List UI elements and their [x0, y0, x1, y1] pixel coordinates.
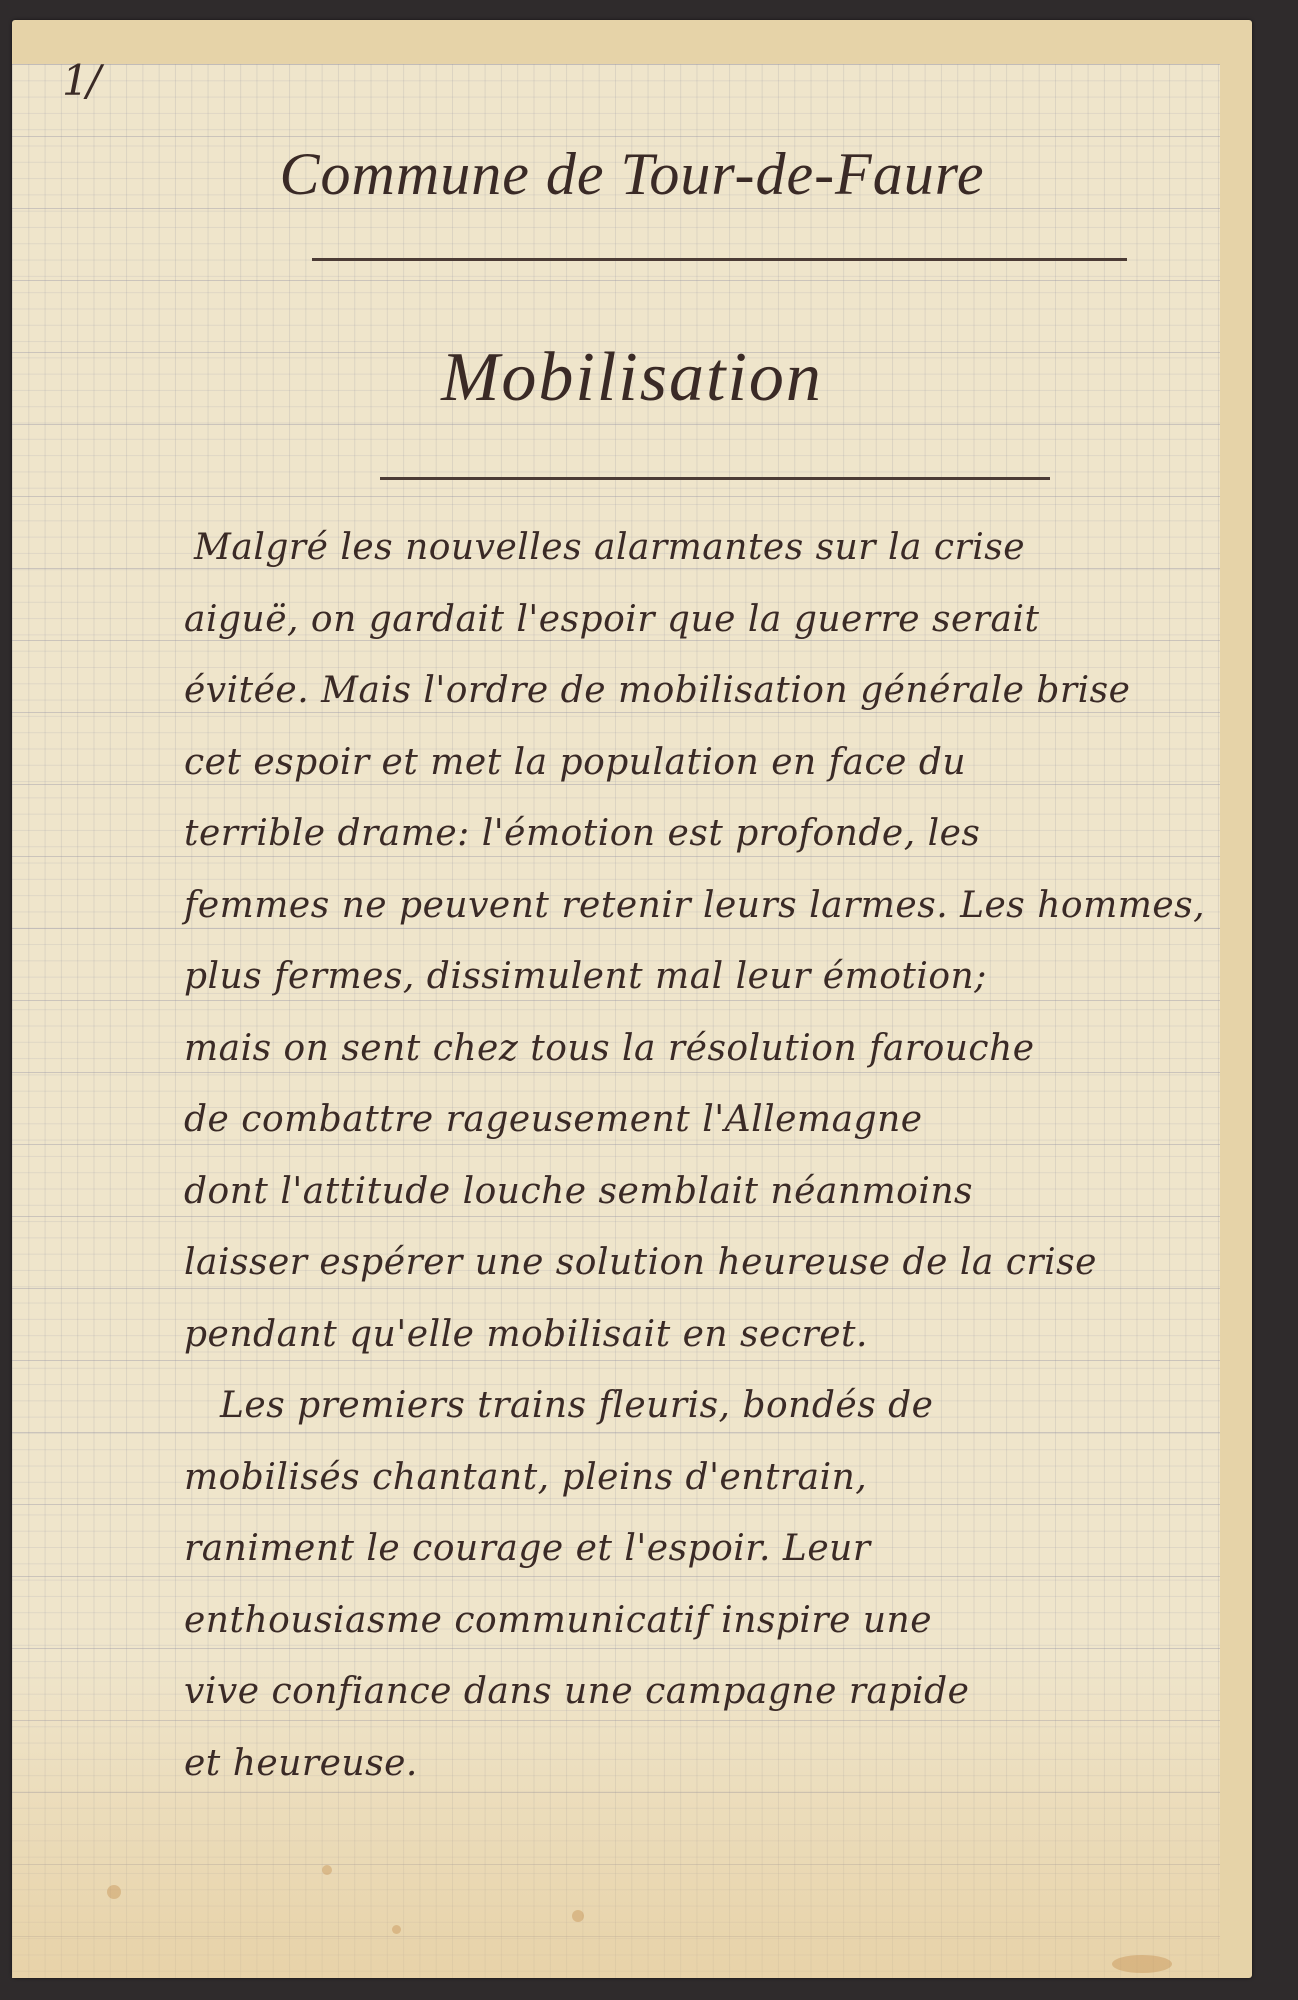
text-line: Malgré les nouvelles alarmantes sur la c…	[184, 512, 1244, 584]
section-title: Mobilisation	[12, 338, 1252, 418]
foxing-stain	[392, 1925, 401, 1934]
text-line: dont l'attitude louche semblait néanmoin…	[184, 1156, 1244, 1228]
foxing-stain	[572, 1910, 584, 1922]
title-underline	[312, 258, 1127, 261]
handwritten-body: Malgré les nouvelles alarmantes sur la c…	[184, 512, 1244, 1799]
foxing-stain	[322, 1865, 332, 1875]
text-line: mais on sent chez tous la résolution far…	[184, 1013, 1244, 1085]
text-line: aiguë, on gardait l'espoir que la guerre…	[184, 584, 1244, 656]
text-line: cet espoir et met la population en face …	[184, 727, 1244, 799]
text-line: pendant qu'elle mobilisait en secret.	[184, 1299, 1244, 1371]
text-line: vive confiance dans une campagne rapide	[184, 1656, 1244, 1728]
text-line: plus fermes, dissimulent mal leur émotio…	[184, 941, 1244, 1013]
text-line: raniment le courage et l'espoir. Leur	[184, 1513, 1244, 1585]
text-line: terrible drame: l'émotion est profonde, …	[184, 798, 1244, 870]
text-line: évitée. Mais l'ordre de mobilisation gén…	[184, 655, 1244, 727]
text-line: enthousiasme communicatif inspire une	[184, 1585, 1244, 1657]
foxing-stain	[1112, 1955, 1172, 1973]
foxing-stain	[107, 1885, 121, 1899]
text-line: de combattre rageusement l'Allemagne	[184, 1084, 1244, 1156]
section-underline	[380, 477, 1050, 480]
commune-title: Commune de Tour-de-Faure	[12, 140, 1252, 209]
text-line: Les premiers trains fleuris, bondés de	[184, 1370, 1244, 1442]
text-line: et heureuse.	[184, 1728, 1244, 1800]
text-line: mobilisés chantant, pleins d'entrain,	[184, 1442, 1244, 1514]
text-line: femmes ne peuvent retenir leurs larmes. …	[184, 870, 1244, 942]
document-sheet: 1/ Commune de Tour-de-Faure Mobilisation…	[12, 20, 1252, 1978]
page-number: 1/	[62, 56, 99, 105]
text-line: laisser espérer une solution heureuse de…	[184, 1227, 1244, 1299]
